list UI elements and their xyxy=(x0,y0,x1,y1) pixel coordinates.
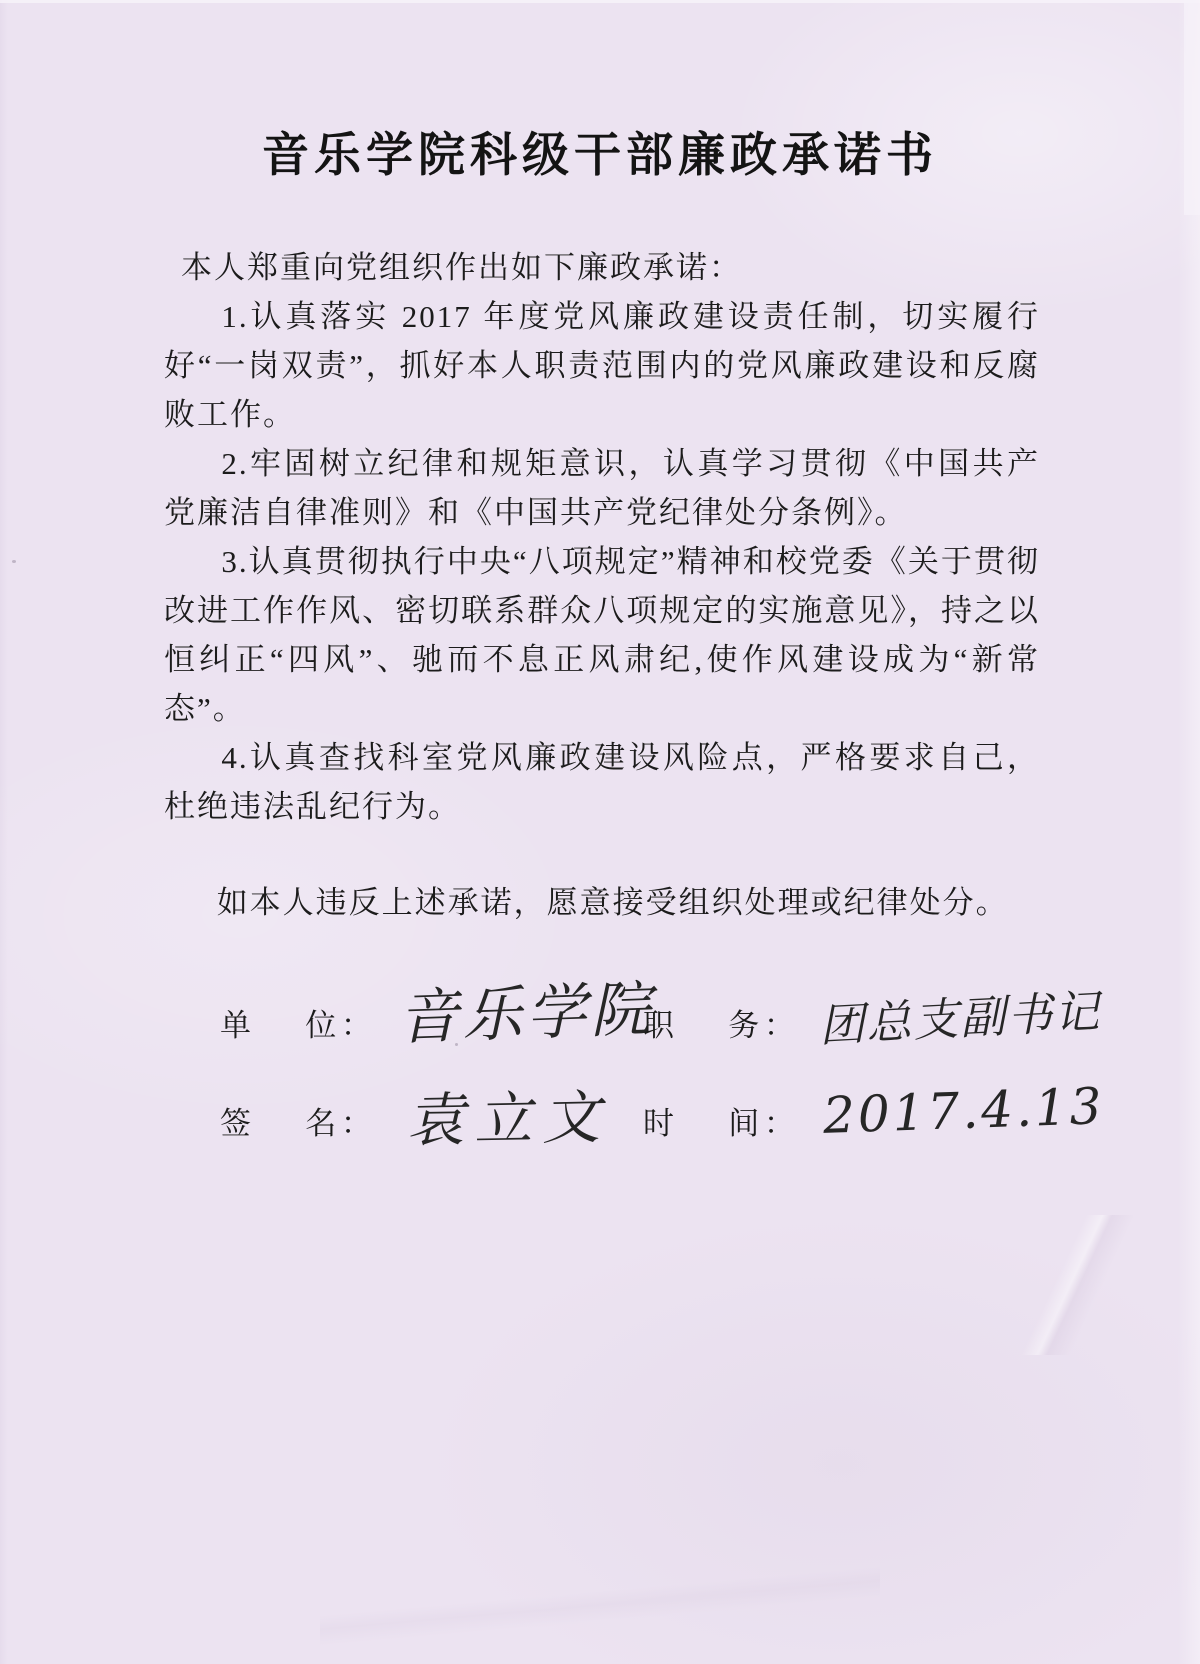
name-label: 签名： xyxy=(220,1098,372,1143)
position-label: 职务： xyxy=(643,1000,795,1045)
intro-line: 本人郑重向党组织作出如下廉政承诺： xyxy=(164,243,1040,292)
document-title: 音乐学院科级干部廉政承诺书 xyxy=(0,118,1200,185)
name-handwritten-signature: 袁立文 xyxy=(405,1070,610,1158)
document-body: 本人郑重向党组织作出如下廉政承诺： 1.认真落实 2017 年度党风廉政建设责任… xyxy=(164,243,1040,927)
closing-line: 如本人违反上述承诺，愿意接受组织处理或纪律处分。 xyxy=(164,878,1040,927)
paragraph-1: 1.认真落实 2017 年度党风廉政建设责任制，切实履行好“一岗双责”，抓好本人… xyxy=(164,292,1040,439)
field-date: 时间： 2017.4.13 xyxy=(643,1098,1076,1156)
paper-crease xyxy=(320,1560,880,1650)
paragraph-3: 3.认真贯彻执行中央“八项规定”精神和校党委《关于贯彻改进工作作风、密切联系群众… xyxy=(164,537,1040,733)
paragraph-2: 2.牢固树立纪律和规矩意识，认真学习贯彻《中国共产党廉洁自律准则》和《中国共产党… xyxy=(164,439,1040,537)
paper-crease xyxy=(940,1215,1200,1355)
field-position: 职务： 团总支副书记 xyxy=(643,1000,1077,1065)
position-handwritten-value: 团总支副书记 xyxy=(817,975,1102,1055)
unit-label: 单位： xyxy=(220,1000,372,1045)
paragraph-4: 4.认真查找科室党风廉政建设风险点，严格要求自己，杜绝违法乱纪行为。 xyxy=(164,733,1040,831)
date-handwritten-value: 2017.4.13 xyxy=(822,1077,1105,1145)
field-name: 签名： 袁立文 xyxy=(220,1098,576,1182)
scanned-document-page: 音乐学院科级干部廉政承诺书 本人郑重向党组织作出如下廉政承诺： 1.认真落实 2… xyxy=(0,0,1200,1664)
unit-handwritten-value: 音乐学院 xyxy=(396,962,655,1057)
date-label: 时间： xyxy=(643,1098,795,1143)
scan-edge-highlight xyxy=(0,0,1200,3)
scan-artifact xyxy=(12,560,16,563)
